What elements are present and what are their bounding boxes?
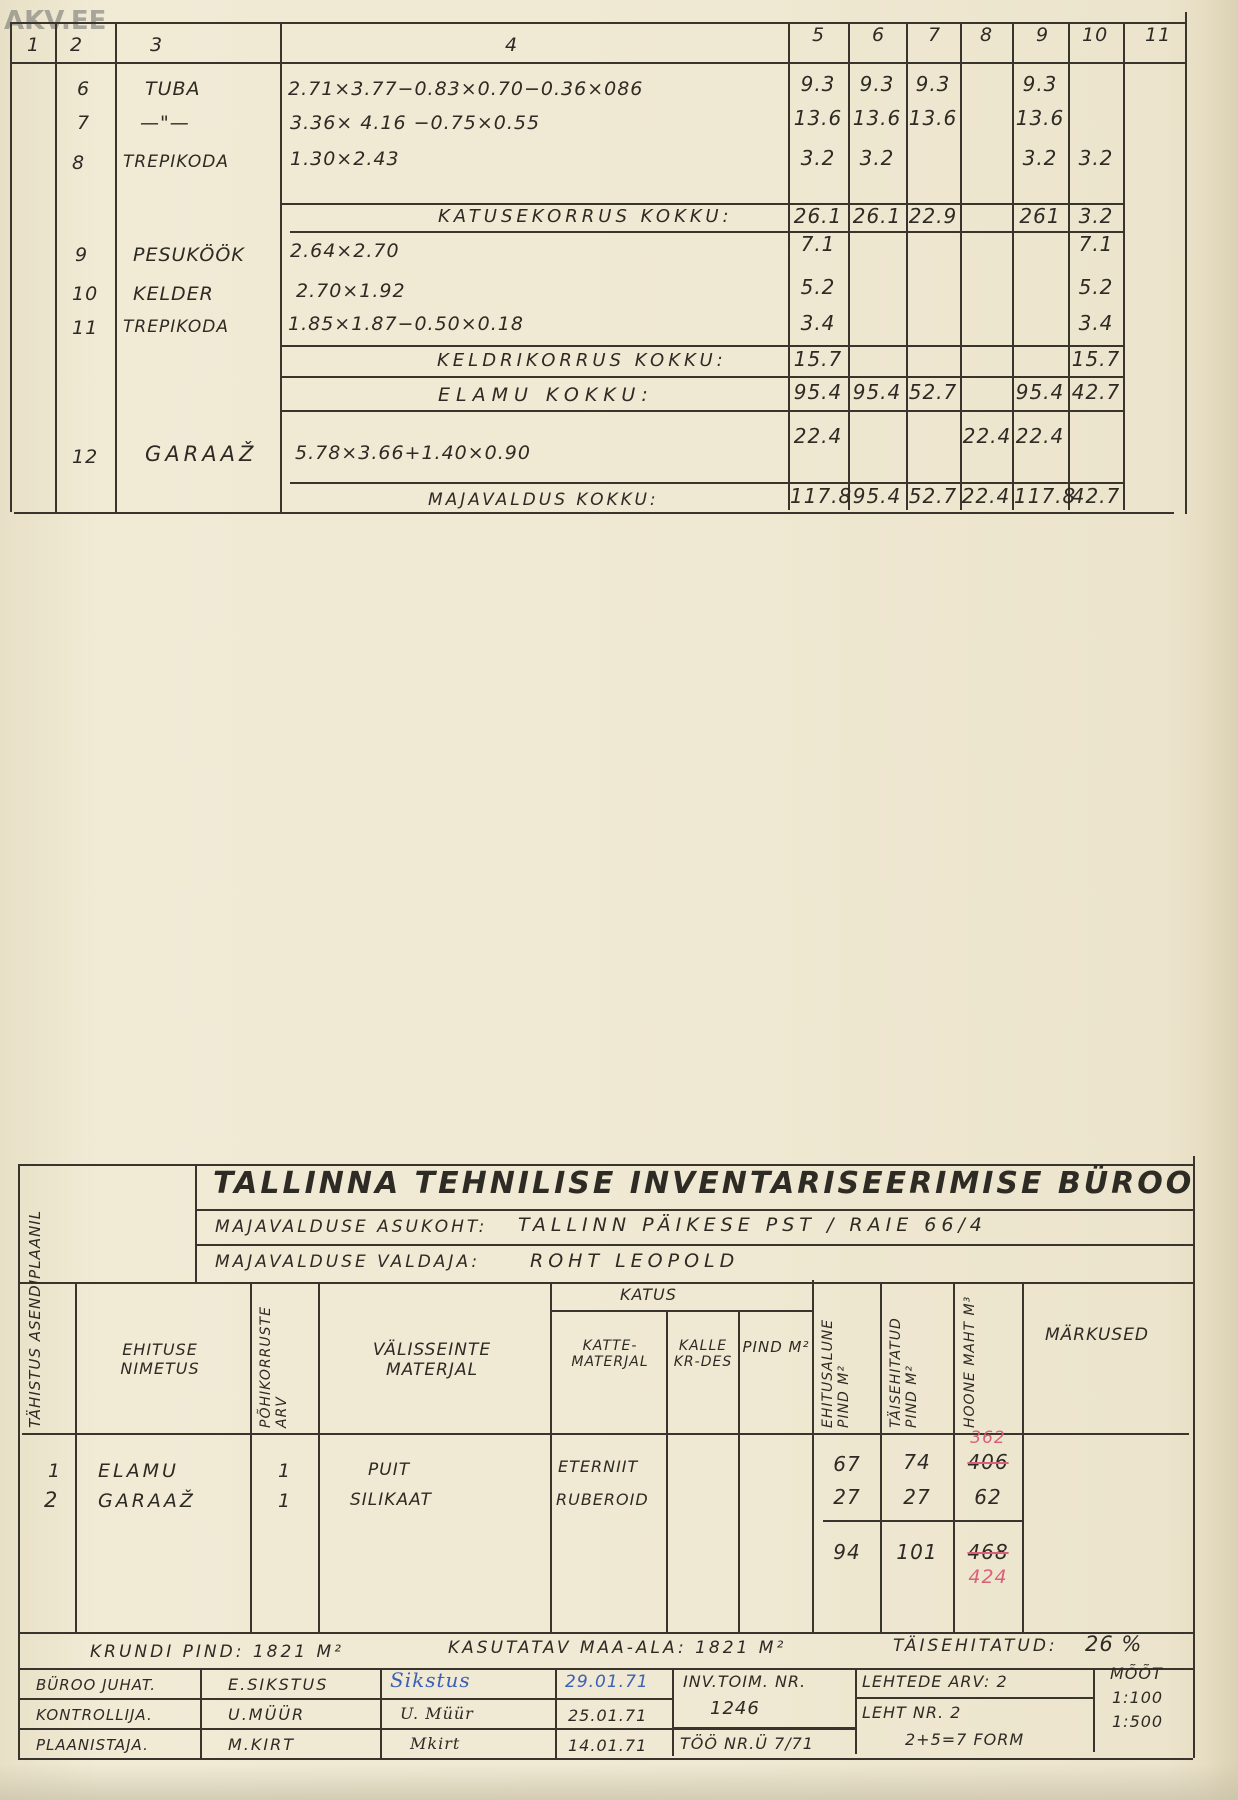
row-nr: 6	[77, 78, 90, 100]
cell-c8: 22.4	[960, 484, 1012, 508]
building-name: ELAMU	[98, 1460, 179, 1482]
staff-date: 29.01.71	[565, 1672, 649, 1692]
staff-signature: Mkirt	[410, 1734, 460, 1753]
built-up-label: TÄISEHITATUD:	[893, 1636, 1058, 1656]
total-volume-correction: 424	[955, 1566, 1021, 1588]
room-name: TUBA	[145, 78, 201, 100]
cell-c9: 22.4	[1014, 424, 1066, 448]
staff-signature: U. Müür	[400, 1704, 474, 1723]
cell-c5: 3.4	[790, 311, 846, 335]
wall-material: SILIKAAT	[350, 1490, 432, 1510]
staff-signature: Sikstus	[390, 1668, 471, 1692]
cell-c6: 26.1	[850, 204, 904, 228]
work-number: TÖÖ NR.Ü 7/71	[680, 1734, 814, 1753]
wall-material: PUIT	[368, 1460, 410, 1480]
building-floors: 1	[278, 1490, 291, 1512]
col-num-11: 11	[1145, 24, 1171, 46]
cell-c10: 15.7	[1070, 347, 1122, 371]
area-formula: 2.64×2.70	[290, 240, 400, 262]
header-pind: PIND M²	[742, 1338, 810, 1356]
col-num-2: 2	[70, 34, 83, 56]
room-name: KELDER	[133, 283, 214, 305]
area-formula: 2.71×3.77−0.83×0.70−0.36×086	[288, 78, 643, 100]
built-area: 74	[882, 1450, 952, 1474]
building-tahis: 1	[48, 1460, 61, 1482]
built-up-value: 26 %	[1085, 1632, 1142, 1656]
col-num-3: 3	[150, 34, 163, 56]
owner-value: ROHT LEOPOLD	[530, 1250, 739, 1272]
cell-c8: 22.4	[962, 424, 1012, 448]
cell-c5: 3.2	[790, 146, 846, 170]
cell-c7: 22.9	[908, 204, 958, 228]
cell-c10: 3.2	[1070, 146, 1122, 170]
plot-area: KRUNDI PIND: 1821 M²	[90, 1642, 344, 1662]
total-label: MAJAVALDUS KOKKU:	[428, 490, 659, 510]
cell-c6: 3.2	[850, 146, 904, 170]
cell-c5: 26.1	[790, 204, 846, 228]
cell-c10: 7.1	[1070, 232, 1122, 256]
cell-c10: 3.2	[1070, 204, 1122, 228]
col-num-4: 4	[505, 34, 518, 56]
cell-c9: 117.8	[1014, 484, 1066, 508]
row-nr: 10	[72, 283, 98, 305]
row-nr: 7	[77, 112, 90, 134]
header-kalle: KALLE KR-DES	[670, 1338, 736, 1370]
subtotal-label: KATUSEKORRUS KOKKU:	[438, 206, 733, 227]
col-num-8: 8	[980, 24, 993, 46]
cell-c10: 42.7	[1070, 484, 1122, 508]
cell-c5: 9.3	[790, 72, 846, 96]
form-title: TALLINNA TEHNILISE INVENTARISEERIMISE BÜ…	[213, 1166, 1194, 1201]
cell-c5: 22.4	[790, 424, 846, 448]
area-formula: 5.78×3.66+1.40×0.90	[295, 442, 531, 464]
location-label: MAJAVALDUSE ASUKOHT:	[215, 1217, 487, 1237]
form-number: 2+5=7 FORM	[905, 1730, 1024, 1749]
cell-c5: 95.4	[790, 380, 846, 404]
scale-1-500: 1:500	[1112, 1712, 1163, 1731]
staff-role: BÜROO JUHAT.	[36, 1676, 156, 1694]
sheet-count: LEHTEDE ARV: 2	[862, 1672, 1008, 1691]
paper-bottom-shadow	[0, 1764, 1238, 1800]
staff-name: M.KIRT	[228, 1735, 295, 1754]
inv-label: INV.TOIM. NR.	[683, 1672, 806, 1691]
total-volume: 468	[955, 1540, 1021, 1564]
cell-c9: 3.2	[1014, 146, 1066, 170]
cell-c5: 7.1	[790, 232, 846, 256]
area-formula: 2.70×1.92	[296, 280, 406, 302]
cell-c7: 9.3	[908, 72, 958, 96]
col-num-7: 7	[928, 24, 941, 46]
header-ehituse-nimetus: EHITUSE NIMETUS	[100, 1340, 220, 1378]
staff-name: U.MÜÜR	[228, 1705, 305, 1724]
row-nr: 11	[72, 317, 98, 339]
subtotal-label: KELDRIKORRUS KOKKU:	[437, 350, 727, 371]
footprint-area: 27	[814, 1485, 880, 1509]
location-value: TALLINN PÄIKESE PST / RAIE 66/4	[518, 1214, 987, 1236]
cell-c9: 261	[1014, 204, 1066, 228]
cell-c10: 3.4	[1070, 311, 1122, 335]
staff-role: PLAANISTAJA.	[36, 1736, 149, 1754]
total-footprint-area: 94	[814, 1540, 880, 1564]
room-name: TREPIKODA	[123, 317, 229, 337]
built-area: 27	[882, 1485, 952, 1509]
scale-label: MÕÕT	[1110, 1664, 1163, 1683]
building-tahis: 2	[44, 1488, 58, 1512]
cell-c5: 13.6	[790, 106, 846, 130]
area-formula: 1.30×2.43	[290, 148, 400, 170]
building-floors: 1	[278, 1460, 291, 1482]
staff-role: KONTROLLIJA.	[36, 1706, 153, 1724]
staff-date: 25.01.71	[568, 1706, 647, 1725]
footprint-area: 67	[814, 1452, 880, 1476]
building-volume: 62	[955, 1485, 1021, 1509]
room-name: TREPIKODA	[123, 152, 229, 172]
header-taisehitatud-pind: TÄISEHITATUD PIND M²	[888, 1283, 920, 1428]
cell-c5: 5.2	[790, 275, 846, 299]
col-num-1: 1	[27, 34, 40, 56]
cell-c10: 42.7	[1070, 380, 1122, 404]
header-ehitusalune-pind: EHITUSALUNE PIND M²	[820, 1283, 852, 1428]
row-nr: 9	[75, 244, 88, 266]
header-tahistus: TÄHISTUS ASENDIPLAANIL	[26, 1210, 44, 1428]
sheet-number: LEHT NR. 2	[862, 1703, 961, 1722]
col-num-5: 5	[812, 24, 825, 46]
room-name: PESUKÖÖK	[133, 244, 245, 266]
cell-c5: 15.7	[790, 347, 846, 371]
volume-correction: 362	[955, 1428, 1021, 1448]
cell-c7: 52.7	[908, 484, 958, 508]
header-valisseinte-materjal: VÄLISSEINTE MATERJAL	[342, 1340, 522, 1380]
cell-c6: 9.3	[850, 72, 904, 96]
staff-date: 14.01.71	[568, 1736, 647, 1755]
owner-label: MAJAVALDUSE VALDAJA:	[215, 1252, 480, 1272]
col-num-9: 9	[1036, 24, 1049, 46]
usable-area: KASUTATAV MAA-ALA: 1821 M²	[448, 1638, 786, 1658]
cell-c10: 5.2	[1070, 275, 1122, 299]
building-volume: 406	[955, 1450, 1021, 1474]
col-num-6: 6	[872, 24, 885, 46]
cell-c5: 117.8	[790, 484, 846, 508]
cell-c9: 13.6	[1014, 106, 1066, 130]
row-nr: 12	[72, 446, 98, 468]
cell-c9: 9.3	[1014, 72, 1066, 96]
cell-c9: 95.4	[1014, 380, 1066, 404]
paper-edge-shadow	[1206, 0, 1238, 1800]
staff-name: E.SIKSTUS	[228, 1675, 328, 1694]
header-katte-materjal: KATTE- MATERJAL	[556, 1338, 664, 1370]
roof-material: ETERNIIT	[558, 1457, 638, 1476]
row-nr: 8	[72, 152, 85, 174]
scale-1-100: 1:100	[1112, 1688, 1163, 1707]
header-katus: KATUS	[620, 1285, 677, 1304]
subtotal-label: ELAMU KOKKU:	[438, 384, 654, 406]
roof-material: RUBEROID	[556, 1490, 649, 1509]
col-num-10: 10	[1082, 24, 1108, 46]
header-hoone-maht: HOONE MAHT M³	[962, 1283, 978, 1428]
total-built-area: 101	[882, 1540, 952, 1564]
room-name: —"—	[140, 112, 190, 134]
area-formula: 1.85×1.87−0.50×0.18	[288, 313, 524, 335]
room-name: GARAAŽ	[145, 442, 257, 466]
cell-c6: 13.6	[850, 106, 904, 130]
header-korruste-arv: PÕHIKORRUSTE ARV	[258, 1288, 290, 1428]
header-markused: MÄRKUSED	[1045, 1325, 1149, 1345]
cell-c7: 52.7	[908, 380, 958, 404]
area-formula: 3.36× 4.16 −0.75×0.55	[290, 112, 540, 134]
inv-number: 1246	[710, 1698, 760, 1719]
cell-c6: 95.4	[850, 380, 904, 404]
building-name: GARAAŽ	[98, 1490, 196, 1512]
cell-c6: 95.4	[850, 484, 904, 508]
cell-c7: 13.6	[908, 106, 958, 130]
